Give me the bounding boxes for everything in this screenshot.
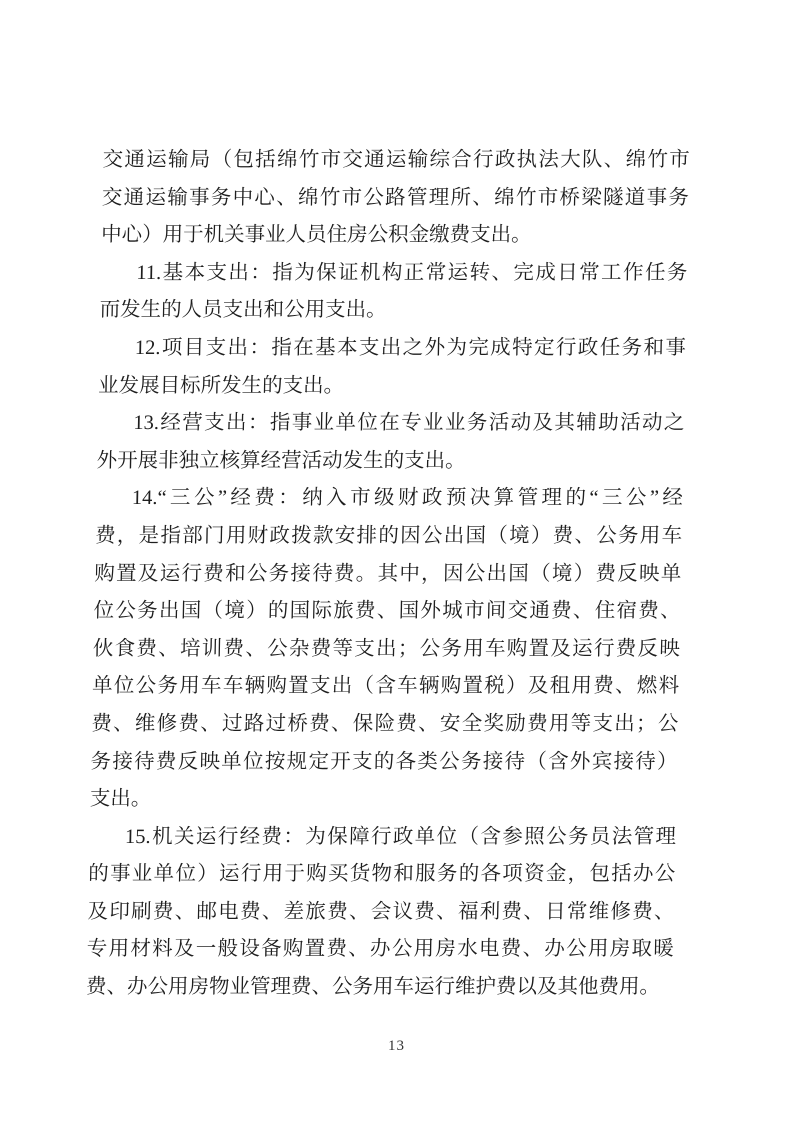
text-line: 13.经营支出：指事业单位在专业业务活动及其辅助活动之 bbox=[97, 405, 685, 443]
text-line: 而发生的人员支出和公用支出。 bbox=[99, 292, 687, 330]
text-line: 伙食费、培训费、公杂费等支出；公务用车购置及运行费反映 bbox=[92, 631, 680, 669]
para-continuation-housing-fund: 交通运输局（包括绵竹市交通运输综合行政执法大队、绵竹市交通运输事务中心、绵竹市公… bbox=[101, 142, 690, 255]
text-line: 及印刷费、邮电费、差旅费、会议费、福利费、日常维修费、 bbox=[87, 894, 675, 932]
text-line: 费、办公用房物业管理费、公务用车运行维护费以及其他费用。 bbox=[86, 969, 674, 1007]
para-15-agency-operation-funds: 15.机关运行经费：为保障行政单位（含参照公务员法管理的事业单位）运行用于购买货… bbox=[86, 819, 677, 1007]
text-line: 专用材料及一般设备购置费、办公用房水电费、办公用房取暖 bbox=[86, 931, 674, 969]
body-text: 交通运输局（包括绵竹市交通运输综合行政执法大队、绵竹市交通运输事务中心、绵竹市公… bbox=[86, 142, 690, 1007]
text-line: 支出。 bbox=[89, 781, 677, 819]
para-14-three-public-funds: 14.“三公”经费：纳入市级财政预决算管理的“三公”经费，是指部门用财政拨款安排… bbox=[89, 480, 683, 818]
text-line: 业发展目标所发生的支出。 bbox=[98, 368, 686, 406]
text-line: 12.项目支出：指在基本支出之外为完成特定行政任务和事 bbox=[98, 330, 686, 368]
text-line: 的事业单位）运行用于购买货物和服务的各项资金，包括办公 bbox=[88, 856, 676, 894]
page-number: 13 bbox=[0, 1038, 793, 1055]
text-line: 外开展非独立核算经营活动发生的支出。 bbox=[96, 443, 684, 481]
text-line: 交通运输局（包括绵竹市交通运输综合行政执法大队、绵竹市 bbox=[102, 142, 690, 180]
text-line: 中心）用于机关事业人员住房公积金缴费支出。 bbox=[101, 217, 689, 255]
text-line: 务接待费反映单位按规定开支的各类公务接待（含外宾接待） bbox=[90, 744, 678, 782]
text-line: 位公务出国（境）的国际旅费、国外城市间交通费、住宿费、 bbox=[93, 593, 681, 631]
text-line: 购置及运行费和公务接待费。其中，因公出国（境）费反映单 bbox=[94, 556, 682, 594]
text-line: 11.基本支出：指为保证机构正常运转、完成日常工作任务 bbox=[100, 255, 688, 293]
text-line: 15.机关运行经费：为保障行政单位（含参照公务员法管理 bbox=[89, 819, 677, 857]
para-11-basic-expenditure: 11.基本支出：指为保证机构正常运转、完成日常工作任务而发生的人员支出和公用支出… bbox=[99, 255, 688, 330]
text-line: 费、维修费、过路过桥费、保险费、安全奖励费用等支出；公 bbox=[91, 706, 679, 744]
text-line: 14.“三公”经费：纳入市级财政预决算管理的“三公”经 bbox=[95, 480, 683, 518]
text-line: 费，是指部门用财政拨款安排的因公出国（境）费、公务用车 bbox=[95, 518, 683, 556]
text-line: 交通运输事务中心、绵竹市公路管理所、绵竹市桥梁隧道事务 bbox=[101, 180, 689, 218]
document-page: 交通运输局（包括绵竹市交通运输综合行政执法大队、绵竹市交通运输事务中心、绵竹市公… bbox=[0, 0, 793, 1122]
para-12-project-expenditure: 12.项目支出：指在基本支出之外为完成特定行政任务和事业发展目标所发生的支出。 bbox=[98, 330, 687, 405]
text-line: 单位公务用车车辆购置支出（含车辆购置税）及租用费、燃料 bbox=[92, 668, 680, 706]
para-13-operating-expenditure: 13.经营支出：指事业单位在专业业务活动及其辅助活动之外开展非独立核算经营活动发… bbox=[96, 405, 685, 480]
